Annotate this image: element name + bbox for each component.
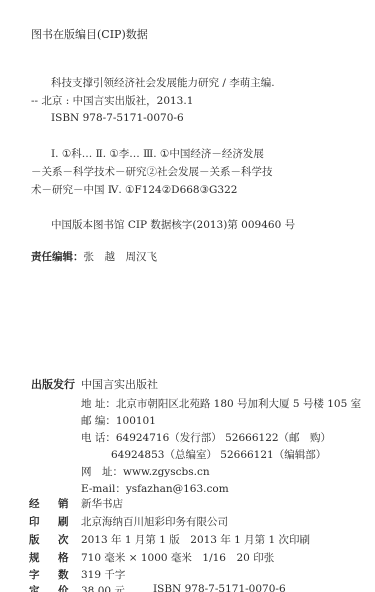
cip-publication-line: -- 北京 : 中国言实出版社，2013.1 bbox=[31, 94, 193, 108]
cip-title: 图书在版编目(CIP)数据 bbox=[31, 28, 148, 42]
cip-subject-line-2: －关系－科学技术－研究②社会发展－关系－科学技 bbox=[31, 165, 273, 179]
footer-isbn: ISBN 978-7-5171-0070-6 bbox=[153, 583, 286, 592]
detail-label-2b: 刷 bbox=[58, 514, 69, 529]
detail-label-3b: 次 bbox=[58, 532, 69, 547]
publisher-email: E-mail：ysfazhan@163.com bbox=[81, 481, 229, 496]
detail-value-format: 710 毫米 × 1000 毫米 1/16 20 印张 bbox=[81, 550, 274, 565]
detail-value-price: 38.00 元 bbox=[81, 583, 125, 592]
detail-label-6b: 价 bbox=[58, 583, 69, 592]
detail-value-word-count: 319 千字 bbox=[81, 567, 125, 582]
detail-value-edition: 2013 年 1 月第 1 版 2013 年 1 月第 1 次印刷 bbox=[81, 532, 310, 547]
publisher-phone-1: 电 话：64924716（发行部） 52666122（邮 购） bbox=[81, 430, 331, 445]
detail-label-1a: 经 bbox=[29, 496, 40, 511]
publisher-website: 网 址：www.zgyscbs.cn bbox=[81, 464, 210, 479]
cip-subject-line-1: Ⅰ. ①科… Ⅱ. ①李… Ⅲ. ①中国经济－经济发展 bbox=[51, 147, 264, 161]
publisher-postcode: 邮 编：100101 bbox=[81, 413, 156, 428]
editors-label: 责任编辑： bbox=[31, 251, 84, 263]
detail-label-2a: 印 bbox=[29, 514, 40, 529]
publisher-label: 出版发行 bbox=[31, 376, 75, 392]
publisher-name: 中国言实出版社 bbox=[81, 376, 158, 392]
detail-label-6a: 定 bbox=[29, 583, 40, 592]
editors-names: 张 越 周汉飞 bbox=[84, 251, 158, 263]
detail-label-4b: 格 bbox=[58, 550, 69, 565]
detail-label-5b: 数 bbox=[58, 567, 69, 582]
detail-label-4a: 规 bbox=[29, 550, 40, 565]
detail-label-1b: 销 bbox=[58, 496, 69, 511]
cip-subject-line-3: 术－研究－中国 Ⅳ. ①F124②D668③G322 bbox=[31, 183, 237, 197]
publisher-address: 地 址：北京市朝阳区北苑路 180 号加利大厦 5 号楼 105 室 bbox=[81, 396, 361, 411]
detail-label-3a: 版 bbox=[29, 532, 40, 547]
detail-value-printing: 北京海纳百川旭彩印务有限公司 bbox=[81, 514, 228, 529]
cip-book-title-line: 科技支撑引领经济社会发展能力研究 / 李萌主编. bbox=[51, 76, 275, 90]
detail-label-5a: 字 bbox=[29, 567, 40, 582]
detail-value-distribution: 新华书店 bbox=[81, 496, 123, 511]
editors-line: 责任编辑：张 越 周汉飞 bbox=[31, 250, 157, 264]
cip-isbn: ISBN 978-7-5171-0070-6 bbox=[51, 111, 184, 125]
cip-record-number: 中国版本图书馆 CIP 数据核字(2013)第 009460 号 bbox=[51, 218, 295, 232]
publisher-phone-2: 64924853（总编室） 52666121（编辑部） bbox=[111, 447, 326, 462]
